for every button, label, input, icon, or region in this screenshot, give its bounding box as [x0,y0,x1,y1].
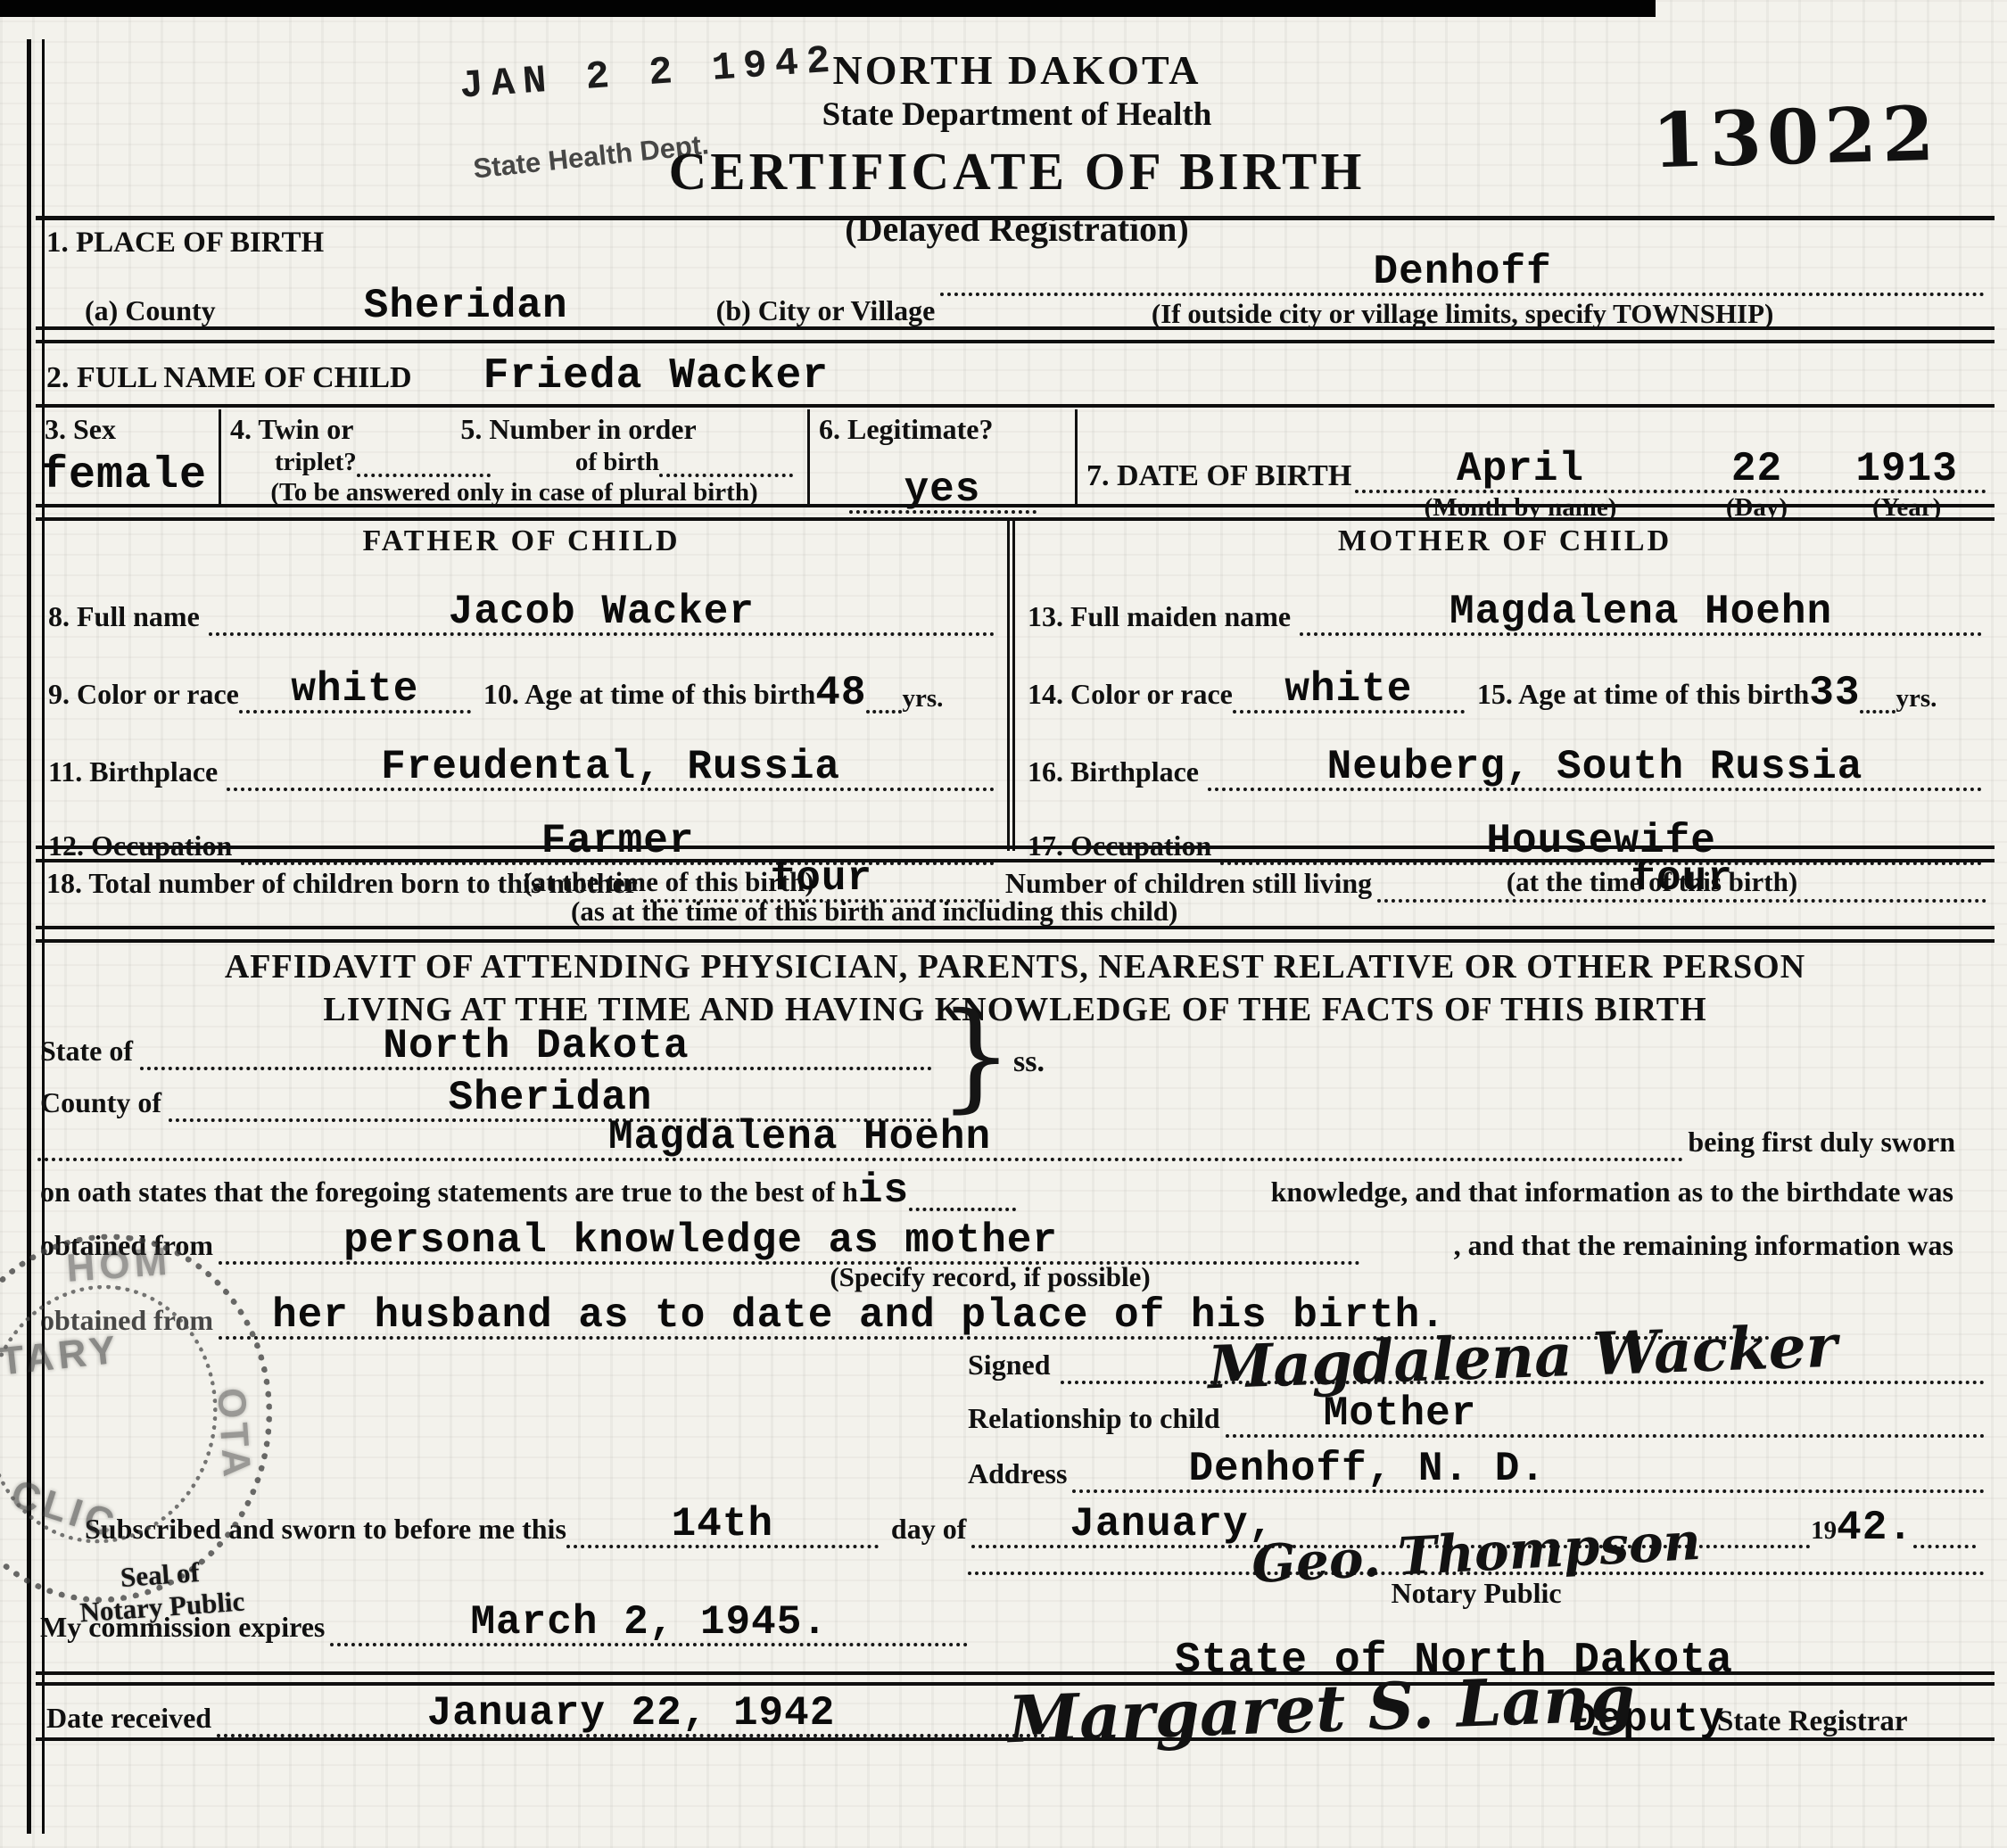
oath-suffix: knowledge, and that information as to th… [1271,1176,1953,1211]
day-of-label: day of [891,1513,966,1548]
township-note: (If outside city or village limits, spec… [940,298,1985,330]
father-birthplace-label: 11. Birthplace [48,755,218,791]
county-label: (a) County [85,294,216,330]
signed-line: Magdalena Wacker [1061,1327,1985,1384]
place-of-birth-row: (a) County Sheridan (b) City or Village … [85,252,1985,330]
date-received-label: Date received [46,1702,211,1737]
sex-label: 3. Sex [45,413,210,446]
order-label: 5. Number in order [460,413,696,446]
mother-name-line: Magdalena Hoehn [1300,591,1982,636]
notary-sig-line: Geo. Thompson [968,1527,1985,1575]
father-age-value: 48 [815,672,866,714]
sex-cell: 3. Sex female [36,409,219,504]
oath-prefix: on oath states that the foregoing statem… [40,1176,858,1211]
address-line: Denhoff, N. D. [1072,1448,1985,1493]
date-received-line: January 22, 1942 [217,1693,1045,1737]
subscribed-day-line: 14th [566,1504,879,1548]
deponent-row: Magdalena Hoehn being first duly sworn [37,1117,1955,1161]
children-living-line: four [1377,858,1986,903]
mother-birthplace-label: 16. Birthplace [1028,755,1199,791]
address-label: Address [968,1457,1067,1493]
city-value: Denhoff [1374,252,1552,293]
obtained1-line: personal knowledge as mother [219,1220,1360,1265]
commission-value: March 2, 1945. [470,1602,827,1643]
father-age-label: 10. Age at time of this birth [483,678,815,714]
relationship-line: Mother [1226,1393,1985,1438]
mother-age-line [1860,710,1895,714]
affidavit-title-line1: AFFIDAVIT OF ATTENDING PHYSICIAN, PARENT… [36,947,1995,986]
obtained1-row: obtained from personal knowledge as moth… [40,1220,1953,1265]
mother-race-row: 14. Color or race white 15. Age at time … [1028,669,1982,714]
father-age-unit: yrs. [902,684,943,714]
children-count-note: (as at the time of this birth and includ… [571,895,1177,928]
document-title: CERTIFICATE OF BIRTH [660,141,1374,202]
mother-age-value: 33 [1809,672,1860,714]
mother-name-label: 13. Full maiden name [1028,600,1291,636]
mother-header: MOTHER OF CHILD [1028,524,1982,558]
mother-name-value: Magdalena Hoehn [1449,591,1832,632]
twin-cell: 4. Twin or 5. Number in order triplet? o… [219,409,807,504]
ss-brace: ss. [938,997,1045,1115]
address-row: Address Denhoff, N. D. [968,1448,1985,1493]
twin-row1: 4. Twin or 5. Number in order [230,413,798,446]
commission-line: March 2, 1945. [330,1602,968,1646]
duly-sworn-label: being first duly sworn [1688,1126,1955,1161]
father-name-value: Jacob Wacker [449,591,755,632]
dob-month-line: April [1355,449,1685,493]
birth-certificate-scan: RECEIVED JAN 2 2 1942 State Health Dept.… [0,0,2007,1848]
city-line: Denhoff [940,252,1985,296]
father-birthplace-value: Freudental, Russia [381,747,840,788]
subscribed-day-value: 14th [672,1504,773,1545]
affidavit-state-value: North Dakota [383,1026,689,1067]
oath-fill: is [858,1170,909,1211]
children-count-label: 18. Total number of children born to thi… [46,867,638,903]
date-received-value: January 22, 1942 [427,1693,836,1734]
mother-column: MOTHER OF CHILD 13. Full maiden name Mag… [1015,519,1995,851]
dob-label: 7. DATE OF BIRTH [1086,459,1351,493]
deponent-name: Magdalena Hoehn [608,1117,991,1158]
twin-row2: triplet? of birth [230,448,798,477]
mother-birthplace-line: Neuberg, South Russia [1208,747,1982,791]
sex-dob-strip: 3. Sex female 4. Twin or 5. Number in or… [36,409,1995,504]
dob-cell: 7. DATE OF BIRTH April 22 1913 (Month by… [1075,409,1995,504]
scan-bottom-bar [0,0,1656,17]
affidavit-state-label: State of [40,1035,133,1070]
seal-of-notary-label: Seal of Notary Public [77,1554,246,1629]
triplet-line [357,474,491,477]
department-name: State Department of Health [660,95,1374,134]
mother-race-line: white [1233,669,1465,714]
state-registrar-label: State Registrar [1717,1705,1908,1738]
father-age-line [866,710,902,714]
father-race-value: white [291,669,418,710]
relationship-value: Mother [1324,1393,1477,1434]
twin-label: 4. Twin or [230,413,353,446]
rule-after-place [36,326,1995,343]
obtained1-value: personal knowledge as mother [343,1220,1058,1261]
dob-day: 22 [1731,449,1782,490]
sex-value: female [41,454,207,499]
mother-birthplace-row: 16. Birthplace Neuberg, South Russia [1028,747,1982,791]
deponent-line: Magdalena Hoehn [37,1117,1684,1161]
father-name-row: 8. Full name Jacob Wacker [48,591,995,636]
oath-row: on oath states that the foregoing statem… [40,1170,1953,1211]
address-value: Denhoff, N. D. [1188,1448,1545,1489]
relationship-label: Relationship to child [968,1402,1220,1438]
ss-label: ss. [1013,1045,1045,1079]
oath-fill-line [909,1208,1016,1211]
father-header: FATHER OF CHILD [48,524,995,558]
children-living-value: four [1631,858,1732,899]
seal-fragment-4: OTA [208,1387,259,1483]
county-value: Sheridan [364,285,568,326]
parents-section: FATHER OF CHILD 8. Full name Jacob Wacke… [36,519,1995,851]
child-name-row: 2. FULL NAME OF CHILD Frieda Wacker [46,355,829,398]
affidavit-county-value: Sheridan [449,1077,653,1118]
seal-fragment-1: HOM [65,1240,173,1291]
certificate-number: 13022 [1651,89,1941,185]
legitimate-cell: 6. Legitimate? yes [807,409,1075,504]
dob-year: 1913 [1855,449,1957,490]
father-name-line: Jacob Wacker [209,591,995,636]
county-line: Sheridan [223,285,709,330]
mother-age-unit: yrs. [1895,684,1937,714]
signed-row: Signed Magdalena Wacker [968,1327,1985,1384]
relationship-row: Relationship to child Mother [968,1393,1985,1438]
signed-signature: Magdalena Wacker [1208,1316,1838,1398]
specify-record-note: (Specify record, if possible) [589,1261,1392,1293]
affidavit-state-row: State of North Dakota [40,1026,932,1070]
of-birth-label: of birth [575,448,659,477]
father-race-line: white [239,669,471,714]
legitimate-label: 6. Legitimate? [819,413,1066,446]
mother-race-label: 14. Color or race [1028,678,1233,714]
remaining-info-label: , and that the remaining information was [1454,1229,1953,1265]
notary-block: Geo. Thompson Notary Public [968,1527,1985,1610]
city-line-wrap: Denhoff (If outside city or village limi… [940,252,1985,330]
rule-before-affidavit [36,926,1995,943]
children-total-value: four [771,858,872,899]
father-name-label: 8. Full name [48,600,200,636]
state-name: NORTH DAKOTA [660,46,1374,94]
mother-age-label: 15. Age at time of this birth [1477,678,1809,714]
affidavit-state-line: North Dakota [140,1026,932,1070]
father-birthplace-row: 11. Birthplace Freudental, Russia [48,747,995,791]
of-birth-line [659,474,793,477]
dob-day-line: 22 [1689,449,1825,493]
mother-name-row: 13. Full maiden name Magdalena Hoehn [1028,591,1982,636]
father-race-row: 9. Color or race white 10. Age at time o… [48,669,995,714]
date-received-row: Date received January 22, 1942 [46,1693,1045,1737]
city-label: (b) City or Village [716,294,936,330]
mother-race-value: white [1284,669,1412,710]
mother-birthplace-value: Neuberg, South Russia [1327,747,1863,788]
rule-header [36,216,1995,220]
triplet-label: triplet? [275,448,357,477]
document-subtitle: (Delayed Registration) [660,208,1374,250]
father-column: FATHER OF CHILD 8. Full name Jacob Wacke… [36,519,1015,851]
rule-after-name [36,404,1995,408]
dob-year-line: 1913 [1828,449,1986,493]
signed-label: Signed [968,1349,1050,1384]
child-name-label: 2. FULL NAME OF CHILD [46,361,412,398]
child-name-value: Frieda Wacker [483,355,829,398]
dob-month: April [1457,449,1584,490]
father-race-label: 9. Color or race [48,678,239,714]
father-birthplace-line: Freudental, Russia [227,747,995,791]
